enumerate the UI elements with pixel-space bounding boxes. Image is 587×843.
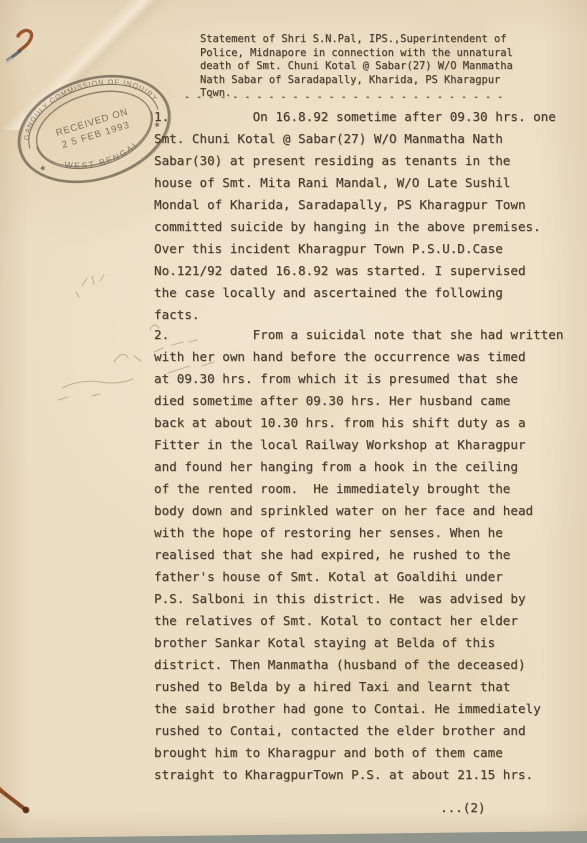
stamp-arc-top-text: GANGULY COMMISSION OF INQUIRY	[11, 64, 161, 143]
paragraph-1: 1. On 16.8.92 sometime after 09.30 hrs. …	[154, 106, 556, 326]
dashed-separator: - - - - - - - - - - - - - - - - - - - - …	[184, 92, 503, 104]
stamp-star-left-icon: ★	[38, 163, 47, 174]
document-header: Statement of Shri S.N.Pal, IPS.,Superint…	[200, 33, 513, 101]
document-page: GANGULY COMMISSION OF INQUIRY WEST BENGA…	[0, 0, 587, 843]
page-continuation-marker: ...(2)	[440, 800, 486, 815]
scanned-document: GANGULY COMMISSION OF INQUIRY WEST BENGA…	[0, 0, 587, 843]
rust-staple-mark-top	[2, 24, 46, 68]
paragraph-2: 2. From a suicidal note that she had wri…	[154, 324, 563, 786]
rust-staple-mark-bottom	[0, 784, 40, 824]
